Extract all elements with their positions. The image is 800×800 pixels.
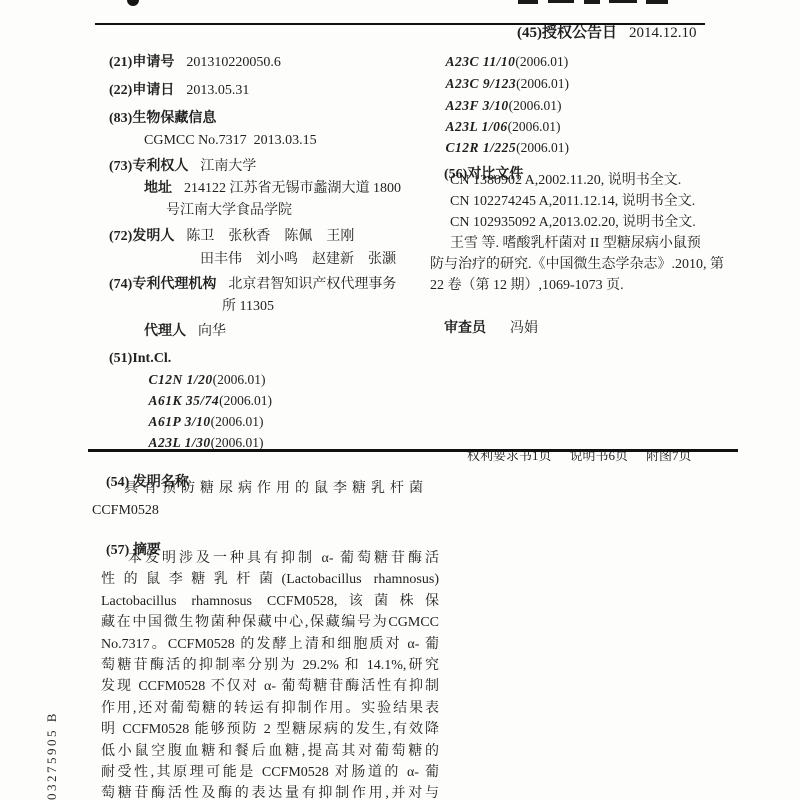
citation-item: CN 1380902 A,2002.11.20, 说明书全文.: [450, 173, 681, 190]
cut-off-text-fragment: [646, 0, 668, 4]
ipc-version: (2006.01): [516, 140, 569, 155]
header-divider: [95, 23, 705, 25]
citation-item: CN 102935092 A,2013.02.20, 说明书全文.: [450, 215, 696, 232]
abstract-line: 发现 CCFM0528 不仅对 α- 葡萄糖苷酶活性有抑制: [101, 676, 439, 697]
section-divider: [88, 449, 738, 452]
cut-off-text-fragment: [518, 0, 538, 4]
abstract-line: Lactobacillus rhamnosus CCFM0528,该菌株保: [101, 591, 439, 612]
citation-item-wrap: 防与治疗的研究.《中国微生态学杂志》.2010, 第: [430, 257, 724, 274]
patent-front-page: (45)授权公告日2014.12.10 (21)申请号201310220050.…: [0, 0, 800, 800]
invention-title-2: CCFM0528: [92, 503, 159, 520]
inventors-label: (72)发明人: [109, 229, 174, 244]
examiner-label: 审查员: [444, 321, 486, 336]
invention-title: 具有预防糖尿病作用的鼠李糖乳杆菌: [124, 481, 428, 498]
document-pages-line: 权利要求书1页说明书6页附图7页: [453, 431, 710, 482]
cut-off-text-fragment: [584, 0, 600, 4]
abstract-line: 作用,还对葡萄糖的转运有抑制作用。实验结果表: [101, 698, 439, 719]
abstract-line: 萄糖苷酶活的抑制率分别为 29.2% 和 14.1%,研究: [101, 655, 439, 676]
cut-off-emblem-fragment: [127, 0, 139, 6]
abstract-line: 萄糖苷酶活性及酶的表达量有抑制作用,并对与: [101, 783, 439, 800]
abstract-line: 低小鼠空腹血糖和餐后血糖,提高其对葡萄糖的: [101, 741, 439, 762]
agent-value: 向华: [198, 324, 226, 339]
agency-value-2: 所 11305: [222, 299, 274, 314]
examiner-value: 冯娟: [510, 321, 538, 336]
abstract-line: 藏在中国微生物菌种保藏中心,保藏编号为CGMCC: [101, 612, 439, 633]
abstract-line: No.7317。CCFM0528 的发酵上清和细胞质对 α- 葡: [101, 634, 439, 655]
abstract-line: 耐受性,其原理可能是 CCFM0528 对肠道的 α- 葡: [101, 762, 439, 783]
citation-item-wrap: 22 卷（第 12 期）,1069-1073 页.: [430, 278, 624, 295]
ipc-code: A23L 1/30: [149, 435, 211, 450]
agency-label: (74)专利代理机构: [109, 277, 216, 292]
abstract-text: 本发明涉及一种具有抑制 α- 葡萄糖苷酶活 性的鼠李糖乳杆菌(Lactobaci…: [101, 548, 439, 800]
abstract-line: 明 CCFM0528 能够预防 2 型糖尿病的发生,有效降: [101, 719, 439, 740]
ipc-version: (2006.01): [211, 435, 264, 450]
citation-item: CN 102274245 A,2011.12.14, 说明书全文.: [450, 194, 695, 211]
abstract-line: 本发明涉及一种具有抑制 α- 葡萄糖苷酶活: [101, 548, 439, 569]
cut-off-text-fragment: [548, 0, 574, 3]
abstract-line: 性的鼠李糖乳杆菌(Lactobacillus rhamnosus): [101, 569, 439, 590]
examiner-line: 审查员冯娟: [430, 304, 538, 354]
citation-item: 王雪 等. 嗜酸乳杆菌对 II 型糖尿病小鼠预: [450, 236, 701, 253]
cut-off-text-fragment: [609, 0, 637, 3]
patent-number-vertical: 03275905 B: [44, 711, 60, 800]
publication-date-value: 2014.12.10: [629, 25, 697, 41]
